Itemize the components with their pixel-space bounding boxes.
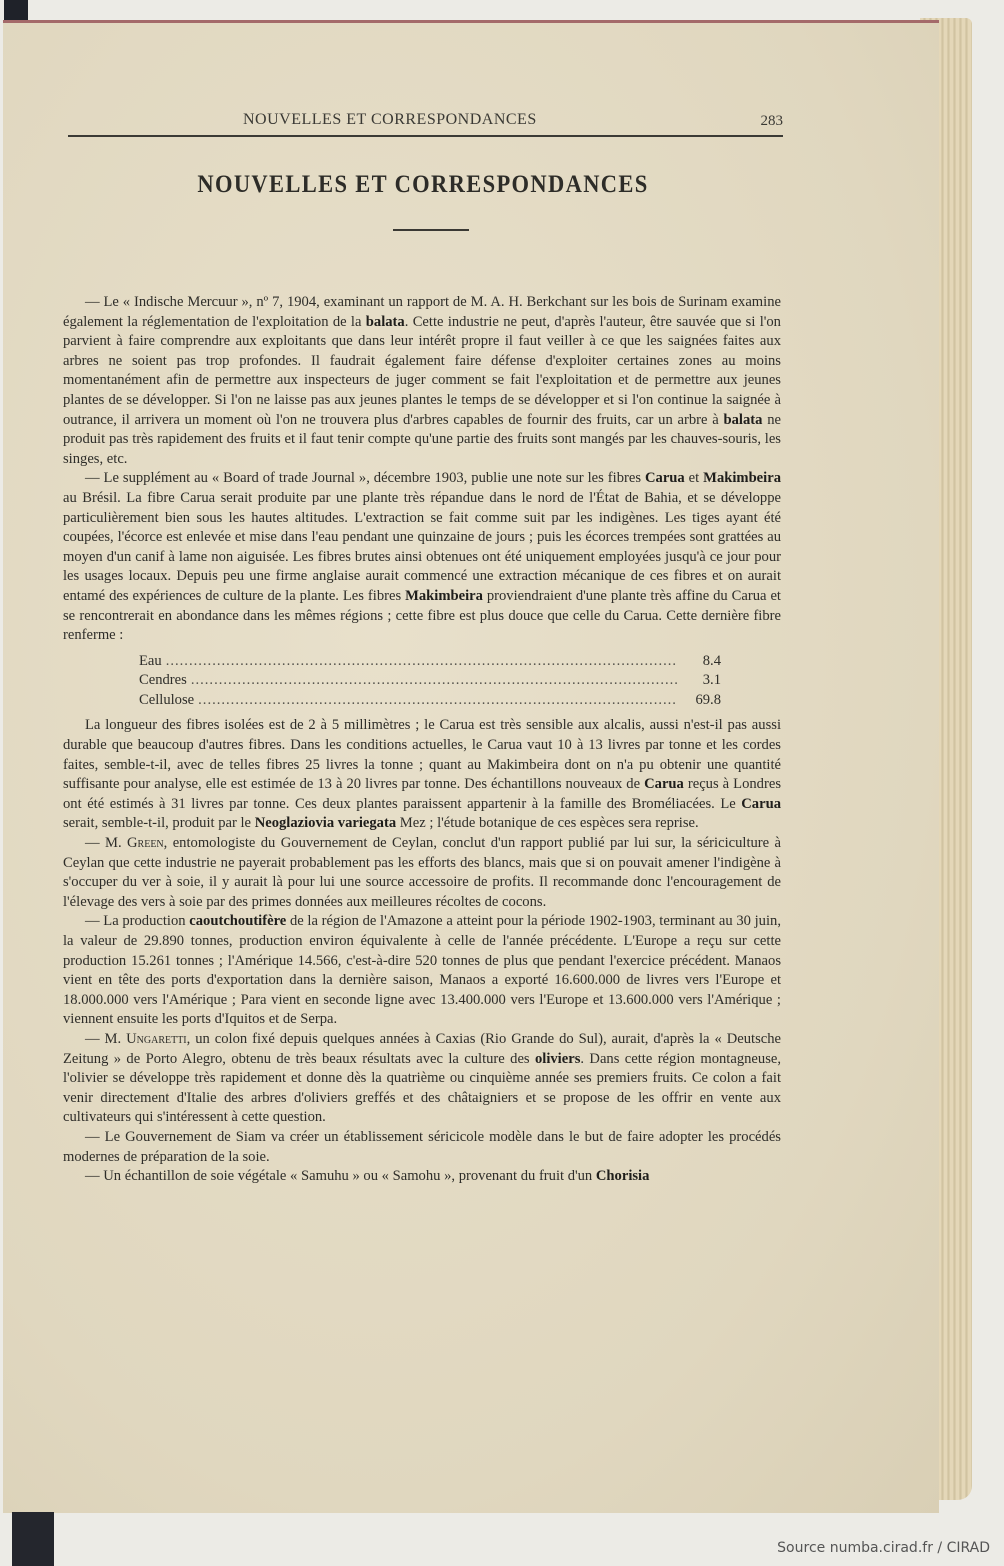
running-title: NOUVELLES ET CORRESPONDANCES [243,111,537,129]
paragraph-ungaretti: — M. Ungaretti, un colon fixé depuis que… [63,1030,781,1128]
paragraph-samuhu: — Un échantillon de soie végétale « Samu… [63,1167,781,1187]
keyword: Carua [644,776,684,792]
book-binding-bottom [12,1512,54,1566]
paragraph-balata: — Le « Indische Mercuur », nº 7, 1904, e… [63,293,781,469]
book-binding-top [4,0,28,22]
header-rule [68,135,783,137]
author-name: Green [127,835,164,851]
article-body: — Le « Indische Mercuur », nº 7, 1904, e… [63,293,781,1187]
running-header: NOUVELLES ET CORRESPONDANCES 283 [63,111,783,135]
source-credit: Source numba.cirad.fr / CIRAD [777,1540,990,1556]
paragraph-caoutchouc: — La production caoutchoutifère de la ré… [63,912,781,1030]
keyword: caoutchoutifère [189,913,286,929]
paragraph-carua: — Le supplément au « Board of trade Jour… [63,469,781,645]
keyword: balata [366,314,405,330]
table-row: Eau8.4 [139,652,721,672]
keyword: balata [724,412,763,428]
keyword: Makimbeira [703,470,781,486]
table-row: Cendres3.1 [139,671,721,691]
composition-table: Eau8.4 Cendres3.1 Cellulose69.8 [139,652,721,711]
scanned-page: NOUVELLES ET CORRESPONDANCES 283 NOUVELL… [3,20,939,1513]
keyword: Chorisia [596,1168,650,1184]
keyword: Neoglaziovia variegata [255,815,396,831]
paragraph-green: — M. Green, entomologiste du Gouvernemen… [63,834,781,912]
paragraph-siam: — Le Gouvernement de Siam va créer un ét… [63,1128,781,1167]
title-rule [393,229,469,231]
page-number: 283 [761,113,784,130]
table-row: Cellulose69.8 [139,691,721,711]
section-title: NOUVELLES ET CORRESPONDANCES [99,171,747,199]
keyword: Carua [741,796,781,812]
keyword: Makimbeira [405,588,483,604]
keyword: oliviers [535,1051,580,1067]
keyword: Carua [645,470,685,486]
paragraph-fibre-length: La longueur des fibres isolées est de 2 … [63,716,781,834]
author-name: Ungaretti [126,1031,187,1047]
